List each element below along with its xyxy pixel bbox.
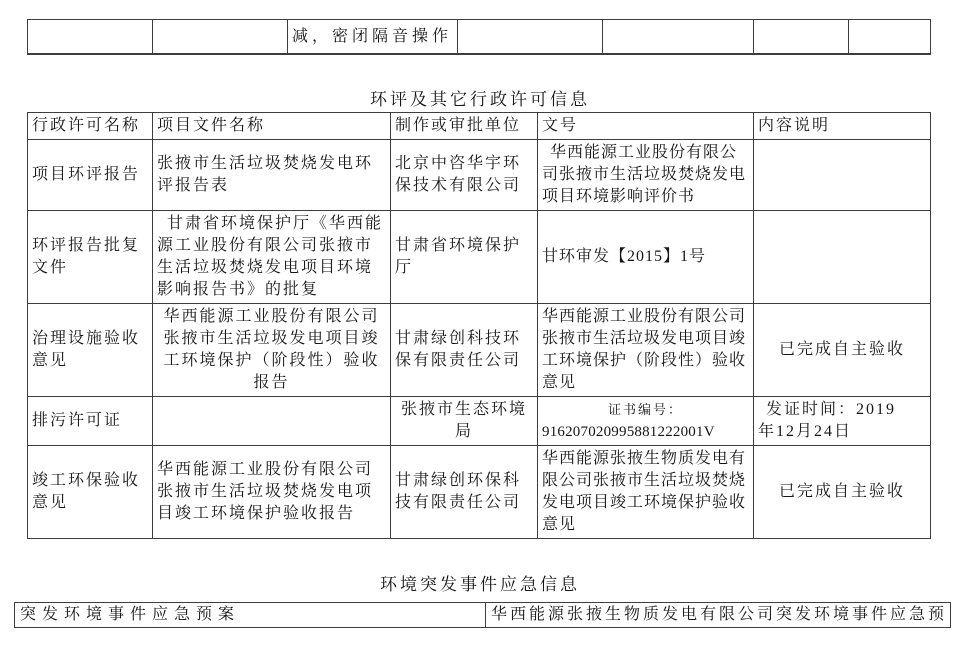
table-row: 项目环评报告 张掖市生活垃圾焚烧发电环评报告表 北京中咨华宇环保技术有限公司 华…	[28, 140, 931, 211]
emergency-section-title: 环境突发事件应急信息	[0, 576, 960, 594]
table-row: 排污许可证 张掖市生态环境局 证书编号： 9162070209958812220…	[28, 397, 931, 446]
empty-cell	[28, 20, 153, 55]
table-row: 环评报告批复文件 甘肃省环境保护厅《华西能源工业股份有限公司张掖市生活垃圾焚烧发…	[28, 211, 931, 304]
emergency-plan-label-cell: 突发环境事件应急预案	[15, 603, 486, 628]
emergency-table: 突发环境事件应急预案 华西能源张掖生物质发电有限公司突发环境事件应急预	[14, 602, 951, 628]
table-header-row: 行政许可名称 项目文件名称 制作或审批单位 文号 内容说明	[28, 113, 931, 140]
empty-cell	[849, 20, 931, 55]
certificate-number: 916207020995881222001V	[542, 421, 749, 443]
empty-cell	[153, 20, 288, 55]
cell-doc-number: 甘环审发【2015】1号	[538, 211, 754, 304]
table-row: 竣工环保验收意见 华西能源工业股份有限公司张掖市生活垃圾焚烧发电项目竣工环境保护…	[28, 446, 931, 539]
empty-cell	[754, 20, 849, 55]
cell-document-name: 张掖市生活垃圾焚烧发电环评报告表	[153, 140, 391, 211]
col-header-permit-name: 行政许可名称	[28, 113, 153, 140]
cell-agency: 甘肃绿创环保科技有限责任公司	[391, 446, 538, 539]
cell-agency: 北京中咨华宇环保技术有限公司	[391, 140, 538, 211]
empty-cell	[458, 20, 603, 55]
cell-document-name: 华西能源工业股份有限公司张掖市生活垃圾焚烧发电项目竣工环境保护验收报告	[153, 446, 391, 539]
cell-doc-number: 证书编号： 916207020995881222001V	[538, 397, 754, 446]
emergency-plan-value-cell: 华西能源张掖生物质发电有限公司突发环境事件应急预	[486, 603, 951, 628]
cell-document-name: 华西能源工业股份有限公司张掖市生活垃圾发电项目竣工环境保护（阶段性）验收报告	[153, 304, 391, 397]
col-header-document-name: 项目文件名称	[153, 113, 391, 140]
document-page: 减，密闭隔音操作 环评及其它行政许可信息 行政许可名称 项目文件名称 制作或审批…	[0, 0, 960, 650]
table-row: 治理设施验收意见 华西能源工业股份有限公司张掖市生活垃圾发电项目竣工环境保护（阶…	[28, 304, 931, 397]
cell-agency: 甘肃绿创科技环保有限责任公司	[391, 304, 538, 397]
cell-agency: 甘肃省环境保护厅	[391, 211, 538, 304]
cell-document-name	[153, 397, 391, 446]
cell-permit-name: 治理设施验收意见	[28, 304, 153, 397]
cell-permit-name: 排污许可证	[28, 397, 153, 446]
col-header-agency: 制作或审批单位	[391, 113, 538, 140]
cell-doc-number: 华西能源工业股份有限公司张掖市生活垃圾焚烧发电项目环境影响评价书	[538, 140, 754, 211]
cell-note: 发证时间：2019年12月24日	[754, 397, 931, 446]
cell-note	[754, 140, 931, 211]
table-row: 减，密闭隔音操作	[28, 20, 931, 55]
cell-document-name: 甘肃省环境保护厅《华西能源工业股份有限公司张掖市生活垃圾焚烧发电项目环境影响报告…	[153, 211, 391, 304]
col-header-doc-number: 文号	[538, 113, 754, 140]
permits-section-title: 环评及其它行政许可信息	[0, 91, 960, 109]
table-row: 突发环境事件应急预案 华西能源张掖生物质发电有限公司突发环境事件应急预	[15, 603, 951, 628]
certificate-number-label: 证书编号：	[542, 399, 749, 421]
col-header-note: 内容说明	[754, 113, 931, 140]
empty-cell	[603, 20, 754, 55]
cell-permit-name: 竣工环保验收意见	[28, 446, 153, 539]
cell-note	[754, 211, 931, 304]
top-partial-table: 减，密闭隔音操作	[27, 19, 931, 55]
cell-doc-number: 华西能源张掖生物质发电有限公司张掖市生活垃圾焚烧发电项目竣工环境保护验收意见	[538, 446, 754, 539]
cell-agency: 张掖市生态环境局	[391, 397, 538, 446]
cell-permit-name: 项目环评报告	[28, 140, 153, 211]
permits-table: 行政许可名称 项目文件名称 制作或审批单位 文号 内容说明 项目环评报告 张掖市…	[27, 112, 931, 539]
cell-note: 已完成自主验收	[754, 304, 931, 397]
cell-doc-number: 华西能源工业股份有限公司张掖市生活垃圾发电项目竣工环境保护（阶段性）验收意见	[538, 304, 754, 397]
noise-measure-cell: 减，密闭隔音操作	[288, 20, 458, 55]
cell-permit-name: 环评报告批复文件	[28, 211, 153, 304]
cell-note: 已完成自主验收	[754, 446, 931, 539]
